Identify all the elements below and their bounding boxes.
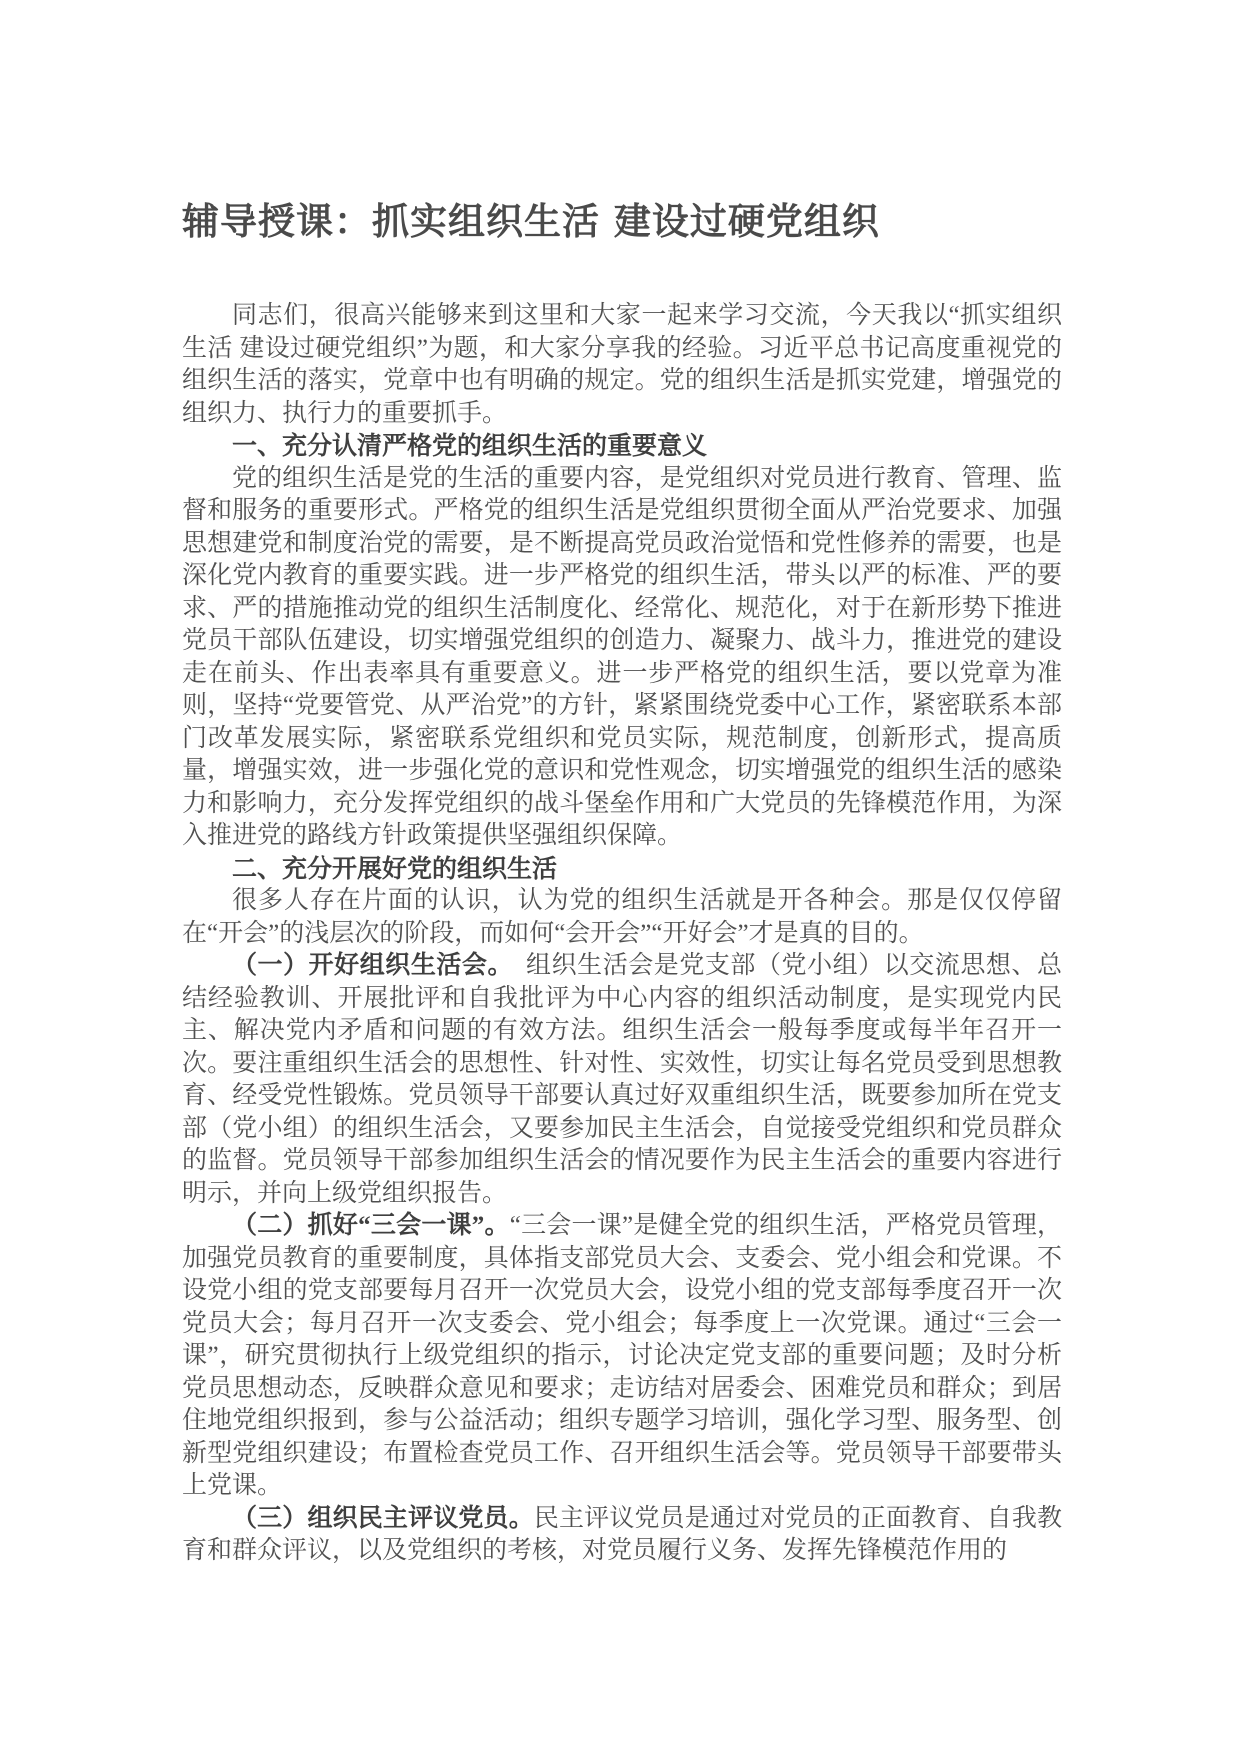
paragraph-text: “三会一课”是健全党的组织生活，严格党员管理，加强党员教育的重要制度，具体指支部…: [182, 1212, 1062, 1499]
paragraph-text: 组织生活会是党支部（党小组）以交流思想、总结经验教训、开展批评和自我批评为中心内…: [182, 952, 1062, 1207]
paragraph: （三）组织民主评议党员。民主评议党员是通过对党员的正面教育、自我教育和群众评议，…: [182, 1503, 1062, 1568]
paragraph-lead: （一）开好组织生活会。: [232, 952, 501, 979]
paragraph-lead: （三）组织民主评议党员。: [232, 1505, 534, 1532]
paragraph: （二）抓好“三会一课”。“三会一课”是健全党的组织生活，严格党员管理，加强党员教…: [182, 1210, 1062, 1503]
document-body: 同志们，很高兴能够来到这里和大家一起来学习交流，今天我以“抓实组织生活 建设过硬…: [182, 300, 1062, 1568]
section-heading: 一、充分认清严格党的组织生活的重要意义: [182, 430, 1062, 463]
paragraph: 很多人存在片面的认识，认为党的组织生活就是开各种会。那是仅仅停留在“开会”的浅层…: [182, 885, 1062, 950]
document-title: 辅导授课：抓实组织生活 建设过硬党组织: [182, 200, 1062, 244]
paragraph: 同志们，很高兴能够来到这里和大家一起来学习交流，今天我以“抓实组织生活 建设过硬…: [182, 300, 1062, 430]
document-page: 辅导授课：抓实组织生活 建设过硬党组织 同志们，很高兴能够来到这里和大家一起来学…: [0, 0, 1240, 1754]
paragraph: （一）开好组织生活会。 组织生活会是党支部（党小组）以交流思想、总结经验教训、开…: [182, 950, 1062, 1210]
paragraph: 党的组织生活是党的生活的重要内容，是党组织对党员进行教育、管理、监督和服务的重要…: [182, 463, 1062, 853]
section-heading: 二、充分开展好党的组织生活: [182, 853, 1062, 886]
paragraph-lead: （二）抓好“三会一课”。: [232, 1212, 510, 1239]
